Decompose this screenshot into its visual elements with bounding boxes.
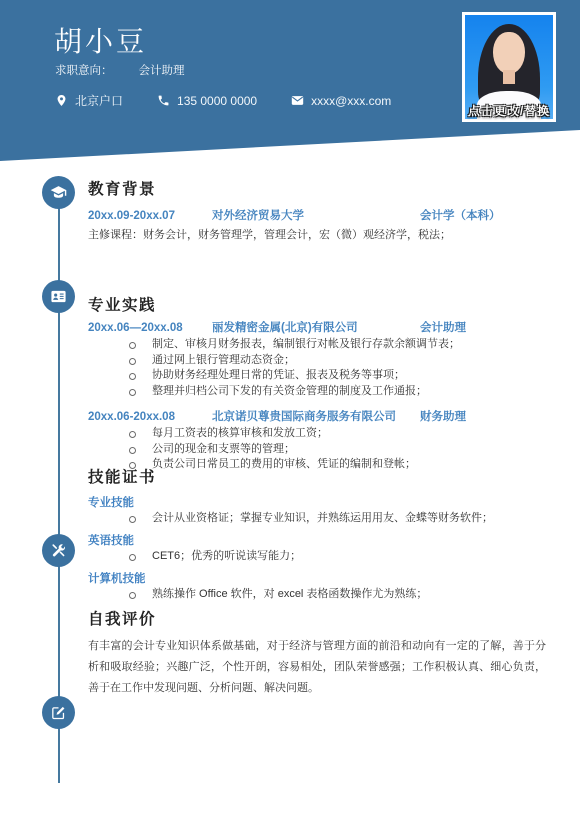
practice-entry-bullets: 制定、审核月财务报表，编制银行对帐及银行存款余额调节表； 通过网上银行管理动态资… xyxy=(88,337,548,399)
education-period: 20xx.09-20xx.07 xyxy=(88,208,212,224)
id-card-icon xyxy=(50,288,67,305)
education-courses: 主修课程：财务会计，财务管理学，管理会计，宏（微）观经济学，税法； xyxy=(88,227,548,243)
skill-group-label: 英语技能 xyxy=(88,534,548,549)
education-section: 教育背景 20xx.09-20xx.07 对外经济贸易大学 会计学（本科） 主修… xyxy=(88,180,548,243)
skill-group-label: 专业技能 xyxy=(88,496,548,511)
resume-page: 胡小豆 求职意向：会计助理 北京户口 135 0000 0000 xyxy=(0,0,580,820)
tools-icon xyxy=(50,542,67,559)
bullet-item: 公司的现金和支票等的管理； xyxy=(88,442,548,458)
graduation-cap-icon xyxy=(50,184,67,201)
practice-section: 专业实践 20xx.06—20xx.08 丽发精密金属(北京)有限公司 会计助理… xyxy=(88,296,548,473)
entry-company: 丽发精密金属(北京)有限公司 xyxy=(212,320,420,336)
bullet-item: 制定、审核月财务报表，编制银行对帐及银行存款余额调节表； xyxy=(88,337,548,353)
practice-entry-row: 20xx.06-20xx.08 北京诺贝尊贵国际商务服务有限公司 财务助理 xyxy=(88,409,548,425)
bullet-item: 整理并归档公司下发的有关资金管理的制度及工作通报； xyxy=(88,384,548,400)
skills-section-marker xyxy=(42,534,75,567)
practice-entry-row: 20xx.06—20xx.08 丽发精密金属(北京)有限公司 会计助理 xyxy=(88,320,548,336)
self-evaluation-title: 自我评价 xyxy=(88,610,548,630)
contact-email-text: xxxx@xxx.com xyxy=(311,94,391,108)
education-degree: 会计学（本科） xyxy=(420,208,548,224)
self-evaluation-section-marker xyxy=(42,696,75,729)
contact-location: 北京户口 xyxy=(55,92,123,109)
job-intent-label: 求职意向： xyxy=(55,65,113,77)
job-intent-value: 会计助理 xyxy=(139,65,185,77)
contact-row: 北京户口 135 0000 0000 xxxx@xxx.com xyxy=(55,92,391,109)
self-evaluation-section: 自我评价 有丰富的会计专业知识体系做基础，对于经济与管理方面的前沿和动向有一定的… xyxy=(88,610,548,699)
practice-section-marker xyxy=(42,280,75,313)
contact-location-text: 北京户口 xyxy=(75,92,123,109)
bullet-item: 协助财务经理处理日常的凭证、报表及税务等事项； xyxy=(88,368,548,384)
skill-item: 会计从业资格证；掌握专业知识，并熟练运用用友、金蝶等财务软件； xyxy=(88,511,548,526)
envelope-icon xyxy=(291,94,304,107)
entry-company: 北京诺贝尊贵国际商务服务有限公司 xyxy=(212,409,420,425)
education-row: 20xx.09-20xx.07 对外经济贸易大学 会计学（本科） xyxy=(88,208,548,224)
skills-title: 技能证书 xyxy=(88,468,548,488)
bullet-item: 通过网上银行管理动态资金； xyxy=(88,353,548,369)
skill-item: CET6；优秀的听说读写能力； xyxy=(88,549,548,564)
edit-pen-icon xyxy=(50,704,67,721)
contact-phone-text: 135 0000 0000 xyxy=(177,94,257,108)
practice-title: 专业实践 xyxy=(88,296,548,316)
profile-photo[interactable]: 点击更改/替换 xyxy=(462,12,556,122)
skill-item: 熟练操作 Office 软件，对 excel 表格函数操作尤为熟练； xyxy=(88,587,548,602)
skill-group-label: 计算机技能 xyxy=(88,572,548,587)
contact-phone: 135 0000 0000 xyxy=(157,94,257,108)
contact-email: xxxx@xxx.com xyxy=(291,94,391,108)
job-intent: 求职意向：会计助理 xyxy=(55,62,185,78)
photo-replace-button[interactable]: 点击更改/替换 xyxy=(462,102,556,119)
education-title: 教育背景 xyxy=(88,180,548,200)
entry-period: 20xx.06—20xx.08 xyxy=(88,320,212,336)
education-section-marker xyxy=(42,176,75,209)
entry-role: 会计助理 xyxy=(420,320,548,336)
location-pin-icon xyxy=(55,94,68,107)
entry-role: 财务助理 xyxy=(420,409,548,425)
entry-period: 20xx.06-20xx.08 xyxy=(88,409,212,425)
self-evaluation-text: 有丰富的会计专业知识体系做基础，对于经济与管理方面的前沿和动向有一定的了解，善于… xyxy=(88,636,546,699)
bullet-item: 每月工资表的核算审核和发放工资； xyxy=(88,426,548,442)
skills-section: 技能证书 专业技能 会计从业资格证；掌握专业知识，并熟练运用用友、金蝶等财务软件… xyxy=(88,468,548,602)
photo-neck-shape xyxy=(503,70,515,84)
education-school: 对外经济贸易大学 xyxy=(212,208,420,224)
photo-face-shape xyxy=(493,32,525,75)
candidate-name: 胡小豆 xyxy=(54,20,147,60)
phone-icon xyxy=(157,94,170,107)
practice-entry-bullets: 每月工资表的核算审核和发放工资； 公司的现金和支票等的管理； 负责公司日常员工的… xyxy=(88,426,548,473)
